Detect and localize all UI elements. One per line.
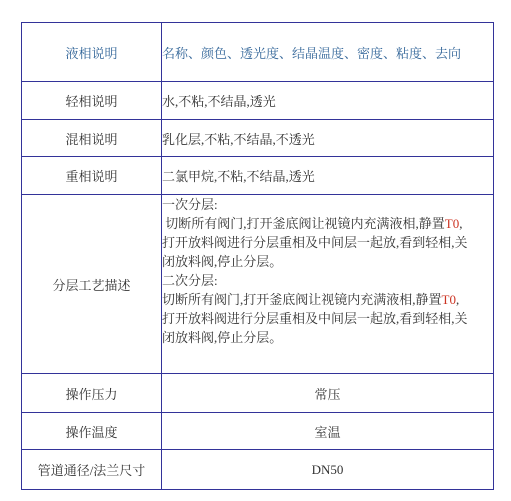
row-value-operating-pressure: 常压	[162, 374, 494, 413]
page: { "colors": { "border": "#333399", "head…	[0, 0, 511, 501]
row-label-heavy-phase: 重相说明	[22, 157, 162, 195]
row-value-layering-process: 一次分层: 切断所有阀门,打开釜底阀让视镜内充满液相,静置T0, 打开放料阀进行…	[162, 195, 494, 374]
row-value-pipe-diameter: DN50	[162, 450, 494, 490]
process-line: 切断所有阀门,打开釜底阀让视镜内充满液相,静置T0,	[162, 214, 493, 233]
t0-highlight: T0	[445, 216, 459, 231]
process-line: 切断所有阀门,打开釜底阀让视镜内充满液相,静置T0,	[162, 290, 493, 309]
row-value-liquid-phase: 名称、颜色、透光度、结晶温度、密度、粘度、去向	[162, 23, 494, 82]
row-label-mixed-phase: 混相说明	[22, 120, 162, 157]
row-label-operating-pressure: 操作压力	[22, 374, 162, 413]
table-row: 管道通径/法兰尺寸 DN50	[22, 450, 494, 490]
process-line: 一次分层:	[162, 195, 493, 214]
table-row: 操作温度 室温	[22, 413, 494, 450]
table-row: 分层工艺描述 一次分层: 切断所有阀门,打开釜底阀让视镜内充满液相,静置T0, …	[22, 195, 494, 374]
row-label-pipe-diameter: 管道通径/法兰尺寸	[22, 450, 162, 490]
process-line: 打开放料阀进行分层重相及中间层一起放,看到轻相,关	[162, 233, 493, 252]
row-label-layering-process: 分层工艺描述	[22, 195, 162, 374]
process-line: 打开放料阀进行分层重相及中间层一起放,看到轻相,关	[162, 309, 493, 328]
table-row: 重相说明 二氯甲烷,不粘,不结晶,透光	[22, 157, 494, 195]
process-line: 二次分层:	[162, 271, 493, 290]
table-row: 液相说明 名称、颜色、透光度、结晶温度、密度、粘度、去向	[22, 23, 494, 82]
table-row: 混相说明 乳化层,不粘,不结晶,不透光	[22, 120, 494, 157]
row-value-heavy-phase: 二氯甲烷,不粘,不结晶,透光	[162, 157, 494, 195]
row-label-operating-temperature: 操作温度	[22, 413, 162, 450]
process-line: 闭放料阀,停止分层。	[162, 328, 493, 347]
table-row: 操作压力 常压	[22, 374, 494, 413]
table-row: 轻相说明 水,不粘,不结晶,透光	[22, 82, 494, 120]
row-label-light-phase: 轻相说明	[22, 82, 162, 120]
process-line: 闭放料阀,停止分层。	[162, 252, 493, 271]
row-value-mixed-phase: 乳化层,不粘,不结晶,不透光	[162, 120, 494, 157]
t0-highlight: T0	[442, 292, 456, 307]
spec-table: 液相说明 名称、颜色、透光度、结晶温度、密度、粘度、去向 轻相说明 水,不粘,不…	[21, 22, 494, 490]
row-value-light-phase: 水,不粘,不结晶,透光	[162, 82, 494, 120]
row-label-liquid-phase: 液相说明	[22, 23, 162, 82]
row-value-operating-temperature: 室温	[162, 413, 494, 450]
